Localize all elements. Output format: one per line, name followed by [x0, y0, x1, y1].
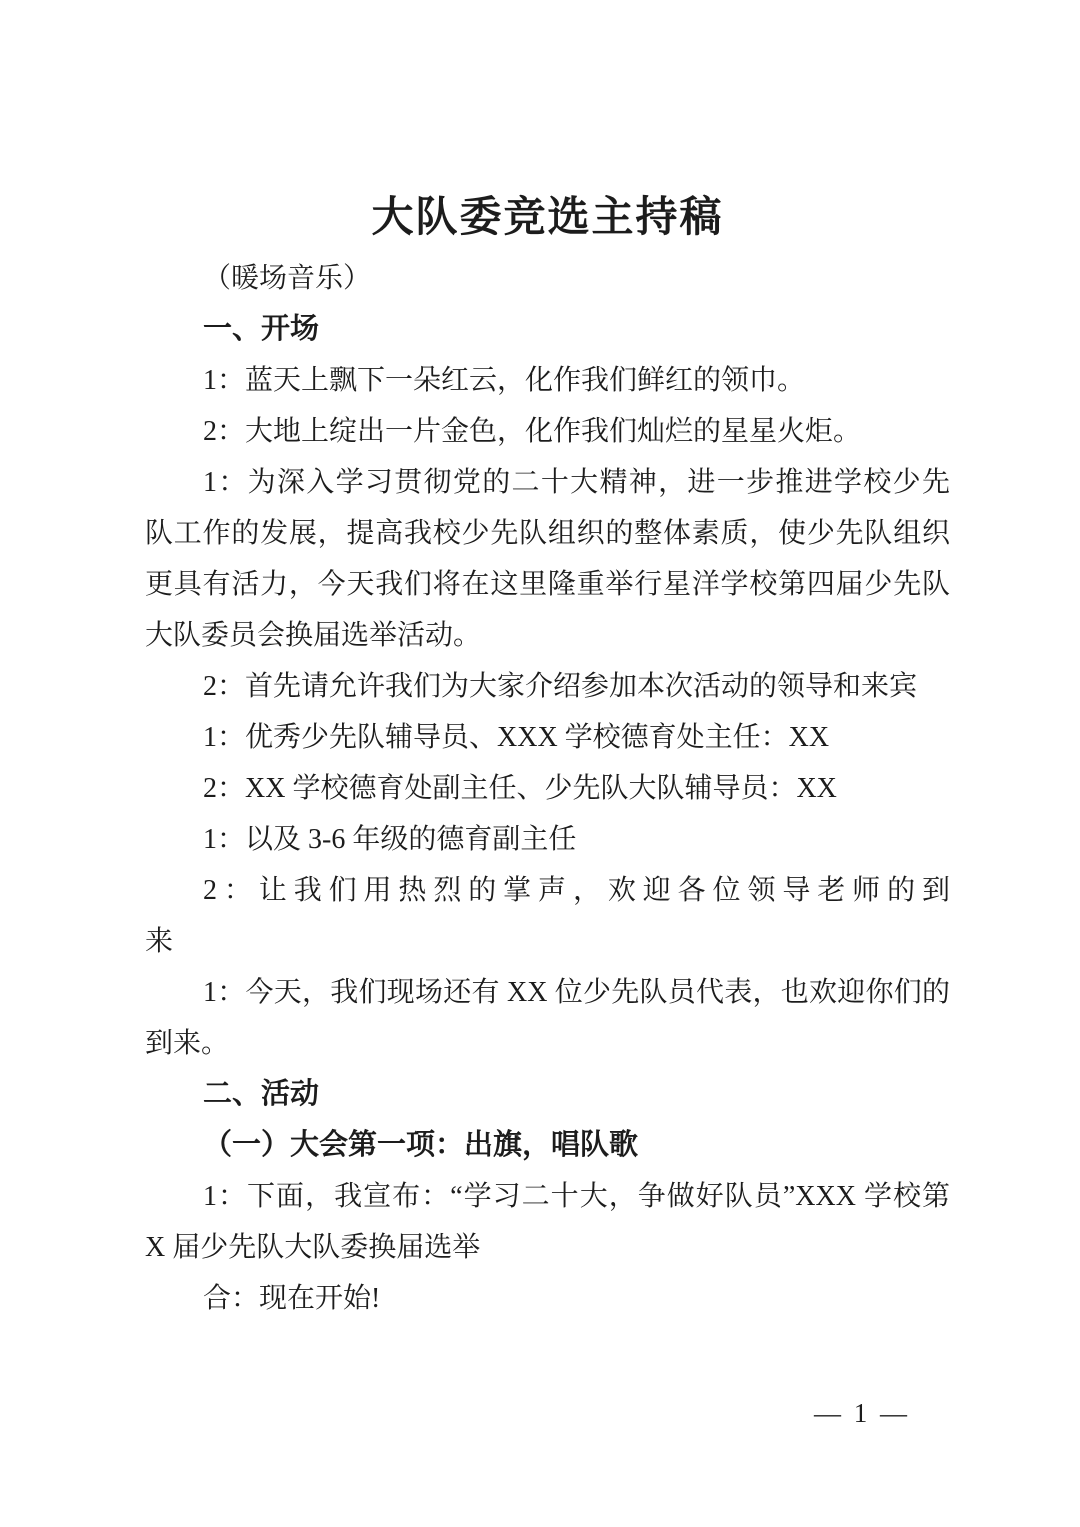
page-number: — 1 —	[814, 1396, 910, 1430]
text-line: 2：首先请允许我们为大家介绍参加本次活动的领导和来宾	[145, 661, 950, 712]
text-line: 2：XX 学校德育处副主任、少先队大队辅导员：XX	[145, 763, 950, 814]
text-line: 大队委员会换届选举活动。	[145, 610, 950, 661]
document-body: （暖场音乐） 一、开场 1：蓝天上飘下一朵红云，化作我们鲜红的领巾。 2：大地上…	[145, 253, 950, 1324]
text-line: 更具有活力，今天我们将在这里隆重举行星洋学校第四届少先队	[145, 559, 950, 610]
text-line: X 届少先队大队委换届选举	[145, 1222, 950, 1273]
section-heading-2: 二、活动	[145, 1069, 950, 1120]
text-line: 1：蓝天上飘下一朵红云，化作我们鲜红的领巾。	[145, 355, 950, 406]
document-title: 大队委竞选主持稿	[145, 192, 950, 244]
text-line: 1：为深入学习贯彻党的二十大精神，进一步推进学校少先	[145, 457, 950, 508]
text-line: 2：大地上绽出一片金色，化作我们灿烂的星星火炬。	[145, 406, 950, 457]
section-heading-1: 一、开场	[145, 304, 950, 355]
text-line: 2：让我们用热烈的掌声，欢迎各位领导老师的到	[145, 865, 950, 916]
text-line: 来	[145, 916, 950, 967]
document-page: 大队委竞选主持稿 （暖场音乐） 一、开场 1：蓝天上飘下一朵红云，化作我们鲜红的…	[0, 0, 1080, 1527]
text-line: 1：优秀少先队辅导员、XXX 学校德育处主任：XX	[145, 712, 950, 763]
text-line: 队工作的发展，提高我校少先队组织的整体素质，使少先队组织	[145, 508, 950, 559]
text-line: 到来。	[145, 1018, 950, 1069]
text-line: 合：现在开始!	[145, 1273, 950, 1324]
text-line: 1：下面，我宣布：“学习二十大，争做好队员”XXX 学校第	[145, 1171, 950, 1222]
stage-direction: （暖场音乐）	[145, 253, 950, 304]
subsection-heading: （一）大会第一项：出旗，唱队歌	[145, 1120, 950, 1171]
text-line: 1：以及 3-6 年级的德育副主任	[145, 814, 950, 865]
text-line: 1：今天，我们现场还有 XX 位少先队员代表，也欢迎你们的	[145, 967, 950, 1018]
